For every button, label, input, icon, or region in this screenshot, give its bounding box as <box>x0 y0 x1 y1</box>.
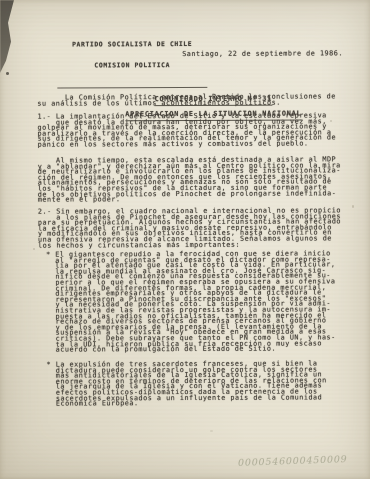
bullet-item-repudio: * El gigantesco repudio a la ferocidad c… <box>46 251 336 353</box>
typewritten-content: PARTIDO SOCIALISTA DE CHILE COMISION POL… <box>0 0 370 479</box>
paragraph-point1: 1.- La implantación del-Estado de Sitio … <box>37 113 336 148</box>
paragraph-point2: 2.- Sin embargo, el cuadro nacional e in… <box>38 208 341 248</box>
paragraph-point1-continuation: Al mismo tiempo, esta escalada está dest… <box>38 157 341 203</box>
scanned-document-page: PARTIDO SOCIALISTA DE CHILE COMISION POL… <box>0 0 370 479</box>
bullet-item-expulsion: * La expulsión de tres sacerdotes france… <box>47 361 327 407</box>
paragraph-intro: La Comisión Política entrega al Partido … <box>37 94 336 106</box>
dateline: Santiago, 22 de septiembre de 1986. <box>182 51 343 57</box>
letterhead-line1: PARTIDO SOCIALISTA DE CHILE <box>57 41 207 49</box>
